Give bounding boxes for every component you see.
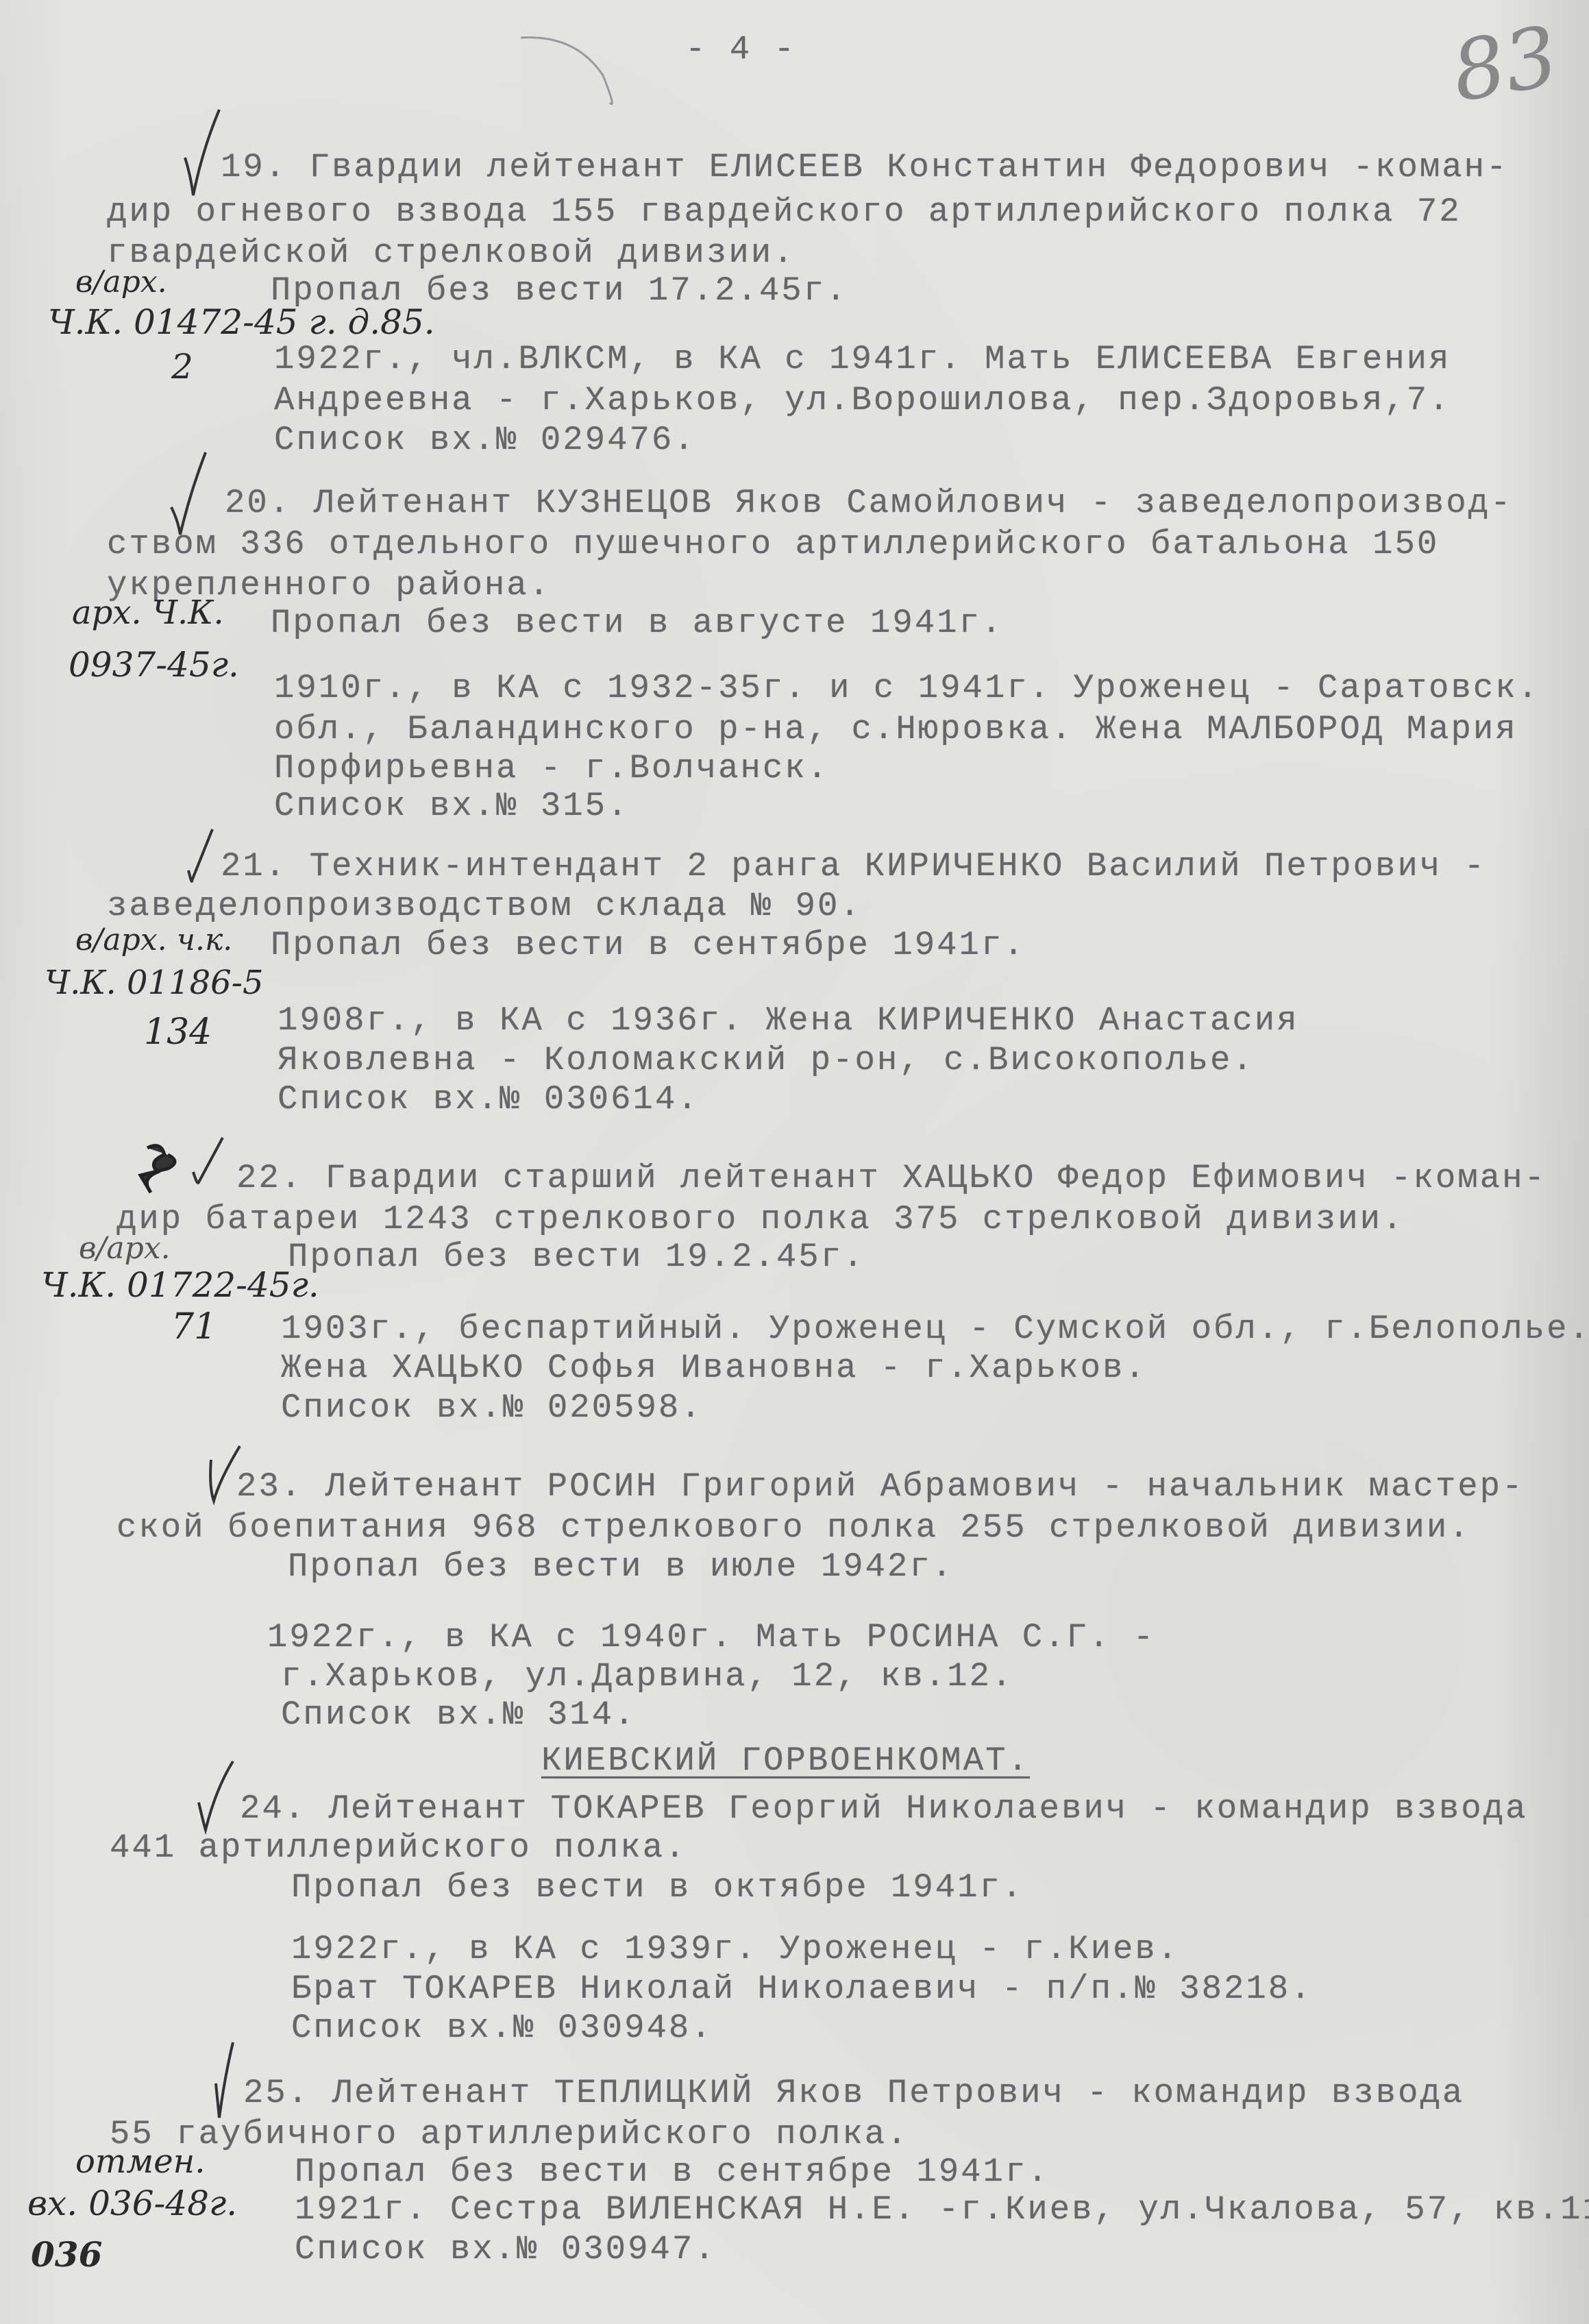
- entry-20-annotation-2: 0937-45г.: [69, 648, 239, 682]
- entry-23-detail-3: Список вх.№ 314.: [281, 1698, 636, 1732]
- entry-20-line-1: 20. Лейтенант КУЗНЕЦОВ Яков Самойлович -…: [225, 487, 1512, 520]
- entry-20-detail-1: 1910г., в КА с 1932-35г. и с 1941г. Урож…: [274, 672, 1540, 705]
- ink-scribble-icon: [134, 1141, 188, 1196]
- entry-21-detail-2: Яковлевна - Коломакский р-он, с.Високопо…: [278, 1044, 1255, 1077]
- entry-25-line-2: 55 гаубичного артиллерийского полка.: [110, 2118, 909, 2151]
- entry-21-detail-3: Список вх.№ 030614.: [278, 1083, 700, 1116]
- entry-22-detail-3: Список вх.№ 020598.: [281, 1391, 703, 1425]
- entry-22-line-1: 22. Гвардии старший лейтенант ХАЦЬКО Фед…: [236, 1162, 1547, 1195]
- entry-25-annotation-2: вх. 036-48г.: [27, 2186, 237, 2221]
- entry-19-annotation-1: в/арх.: [75, 267, 167, 297]
- entry-19-line-2: дир огневого взвода 155 гвардейского арт…: [107, 195, 1462, 229]
- entry-25-line-1: 25. Лейтенант ТЕПЛИЦКИЙ Яков Петрович - …: [243, 2077, 1464, 2110]
- entry-23-missing: Пропал без вести в июле 1942г.: [288, 1550, 954, 1584]
- pencil-arc-mark: [521, 34, 658, 110]
- entry-20-detail-4: Список вх.№ 315.: [274, 790, 629, 823]
- entry-23-line-2: ской боепитания 968 стрелкового полка 25…: [116, 1511, 1471, 1545]
- page-number: - 4 -: [685, 33, 796, 66]
- entry-25-detail-2: Список вх.№ 030947.: [295, 2233, 717, 2266]
- entry-21-missing: Пропал без вести в сентябре 1941г.: [271, 929, 1026, 962]
- entry-23-line-1: 23. Лейтенант РОСИН Григорий Абрамович -…: [236, 1470, 1524, 1504]
- entry-24-detail-2: Брат ТОКАРЕВ Николай Николаевич - п/п.№ …: [291, 1972, 1313, 2006]
- entry-22-missing: Пропал без вести 19.2.45г.: [288, 1240, 865, 1274]
- entry-22-annotation-2: Ч.К. 01722-45г.: [41, 1268, 319, 1302]
- section-heading: КИЕВСКИЙ ГОРВОЕНКОМАТ.: [541, 1744, 1030, 1778]
- entry-24-line-2: 441 артиллерийского полка.: [110, 1831, 687, 1865]
- entry-25-annotation-3: 036: [31, 2238, 102, 2272]
- entry-21-detail-1: 1908г., в КА с 1936г. Жена КИРИЧЕНКО Ана…: [278, 1004, 1299, 1038]
- entry-22-line-2: дир батареи 1243 стрелкового полка 375 с…: [116, 1203, 1404, 1236]
- entry-19-detail-1: 1922г., чл.ВЛКСМ, в КА с 1941г. Мать ЕЛИ…: [274, 343, 1451, 376]
- check-mark-icon: [178, 110, 219, 199]
- entry-25-detail-1: 1921г. Сестра ВИЛЕНСКАЯ Н.Е. -г.Киев, ул…: [295, 2193, 1589, 2227]
- entry-20-annotation-1: арх. Ч.К.: [72, 596, 224, 629]
- entry-22-detail-1: 1903г., беспартийный. Уроженец - Сумской…: [281, 1312, 1589, 1346]
- entry-19-line-3: гвардейской стрелковой дивизии.: [107, 236, 796, 270]
- entry-20-detail-3: Порфирьевна - г.Волчанск.: [274, 752, 829, 785]
- entry-19-annotation-3: 2: [171, 350, 193, 384]
- entry-21-line-1: 21. Техник-интендант 2 ранга КИРИЧЕНКО В…: [221, 850, 1486, 883]
- entry-19-line-1: 19. Гвардии лейтенант ЕЛИСЕЕВ Константин…: [221, 151, 1508, 184]
- entry-19-annotation-2: Ч.К. 01472-45 г. д.85.: [48, 305, 435, 339]
- archive-sheet-number: 83: [1445, 9, 1565, 121]
- entry-21-annotation-1: в/арх. ч.к.: [75, 925, 232, 955]
- entry-23-detail-1: 1922г., в КА с 1940г. Мать РОСИНА С.Г. -: [267, 1621, 1155, 1654]
- entry-22-annotation-3: 71: [171, 1309, 217, 1345]
- entry-24-missing: Пропал без вести в октябре 1941г.: [291, 1871, 1024, 1905]
- entry-25-missing: Пропал без вести в сентябре 1941г.: [295, 2155, 1050, 2189]
- entry-23-detail-2: г.Харьков, ул.Дарвина, 12, кв.12.: [281, 1660, 1013, 1693]
- entry-19-detail-2: Андреевна - г.Харьков, ул.Ворошилова, пе…: [274, 384, 1451, 417]
- entry-19-detail-3: Список вх.№ 029476.: [274, 424, 696, 457]
- entry-22-annotation-1: в/арх.: [79, 1234, 171, 1264]
- entry-24-line-1: 24. Лейтенант ТОКАРЕВ Георгий Николаевич…: [240, 1792, 1527, 1826]
- entry-20-missing: Пропал без вести в августе 1941г.: [271, 607, 1003, 640]
- entry-24-detail-3: Список вх.№ 030948.: [291, 2011, 713, 2045]
- entry-21-annotation-3: 134: [144, 1014, 212, 1050]
- entry-20-line-2: ством 336 отдельного пушечного артиллери…: [107, 528, 1439, 561]
- entry-24-detail-1: 1922г., в КА с 1939г. Уроженец - г.Киев.: [291, 1933, 1179, 1966]
- entry-20-detail-2: обл., Баландинского р-на, с.Нюровка. Жен…: [274, 713, 1518, 746]
- entry-21-annotation-2: Ч.К. 01186-5: [45, 966, 263, 999]
- entry-21-line-2: заведелопроизводством склада № 90.: [107, 890, 862, 923]
- entry-25-annotation-1: отмен.: [75, 2145, 206, 2178]
- entry-22-detail-2: Жена ХАЦЬКО Софья Ивановна - г.Харьков.: [281, 1351, 1147, 1385]
